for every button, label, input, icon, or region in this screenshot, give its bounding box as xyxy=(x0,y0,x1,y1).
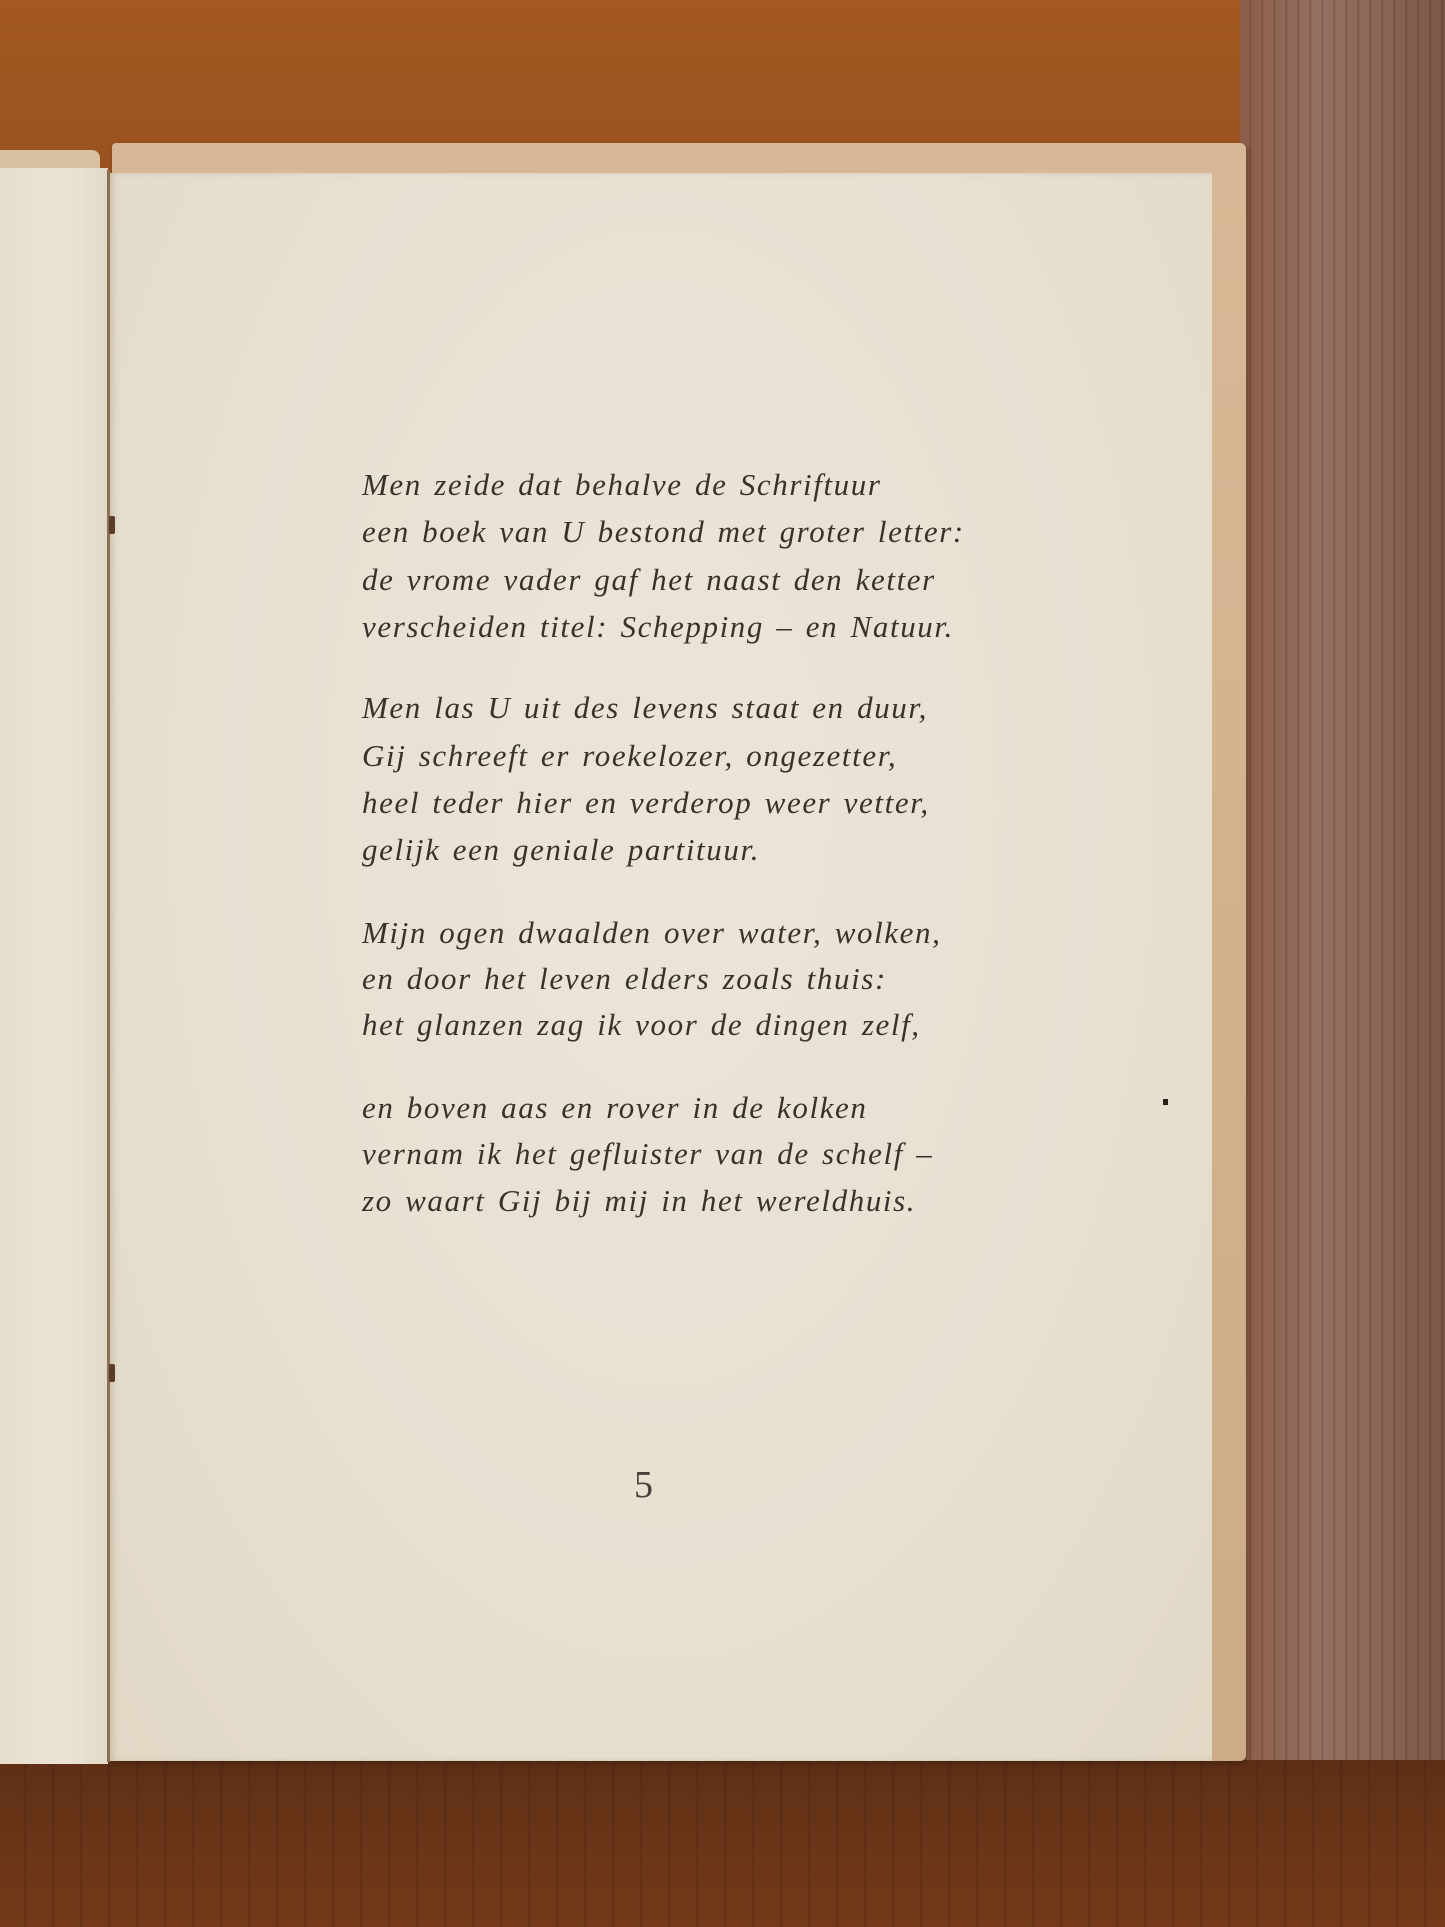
ink-speck xyxy=(1163,1099,1168,1105)
booklet-spine xyxy=(107,170,110,1762)
page-number: 5 xyxy=(634,1463,653,1507)
poem-line: zo waart Gij bij mij in het wereldhuis. xyxy=(362,1185,916,1216)
wood-table-right xyxy=(1240,0,1445,1927)
poem-line: de vrome vader gaf het naast den ketter xyxy=(362,564,936,595)
poem-line: en door het leven elders zoals thuis: xyxy=(362,963,887,994)
poem-line: verscheiden titel: Schepping – en Natuur… xyxy=(362,611,954,642)
poem-line: Gij schreeft er roekelozer, ongezetter, xyxy=(362,740,897,771)
poem-line: Men las U uit des levens staat en duur, xyxy=(362,692,928,723)
poem-line: een boek van U bestond met groter letter… xyxy=(362,516,965,547)
staple-bottom xyxy=(109,1364,115,1382)
right-page: Men zeide dat behalve de Schriftuur een … xyxy=(110,173,1212,1761)
poem-line: en boven aas en rover in de kolken xyxy=(362,1092,868,1123)
poem-line: Men zeide dat behalve de Schriftuur xyxy=(362,469,882,500)
wood-table-bottom xyxy=(0,1760,1445,1927)
poem-line: Mijn ogen dwaalden over water, wolken, xyxy=(362,917,941,948)
poem-line: heel teder hier en verderop weer vetter, xyxy=(362,787,930,818)
poem-line: gelijk een geniale partituur. xyxy=(362,834,760,865)
left-page xyxy=(0,168,108,1764)
staple-top xyxy=(109,516,115,534)
poem-line: het glanzen zag ik voor de dingen zelf, xyxy=(362,1009,921,1040)
poem-line: vernam ik het gefluister van de schelf – xyxy=(362,1138,933,1169)
